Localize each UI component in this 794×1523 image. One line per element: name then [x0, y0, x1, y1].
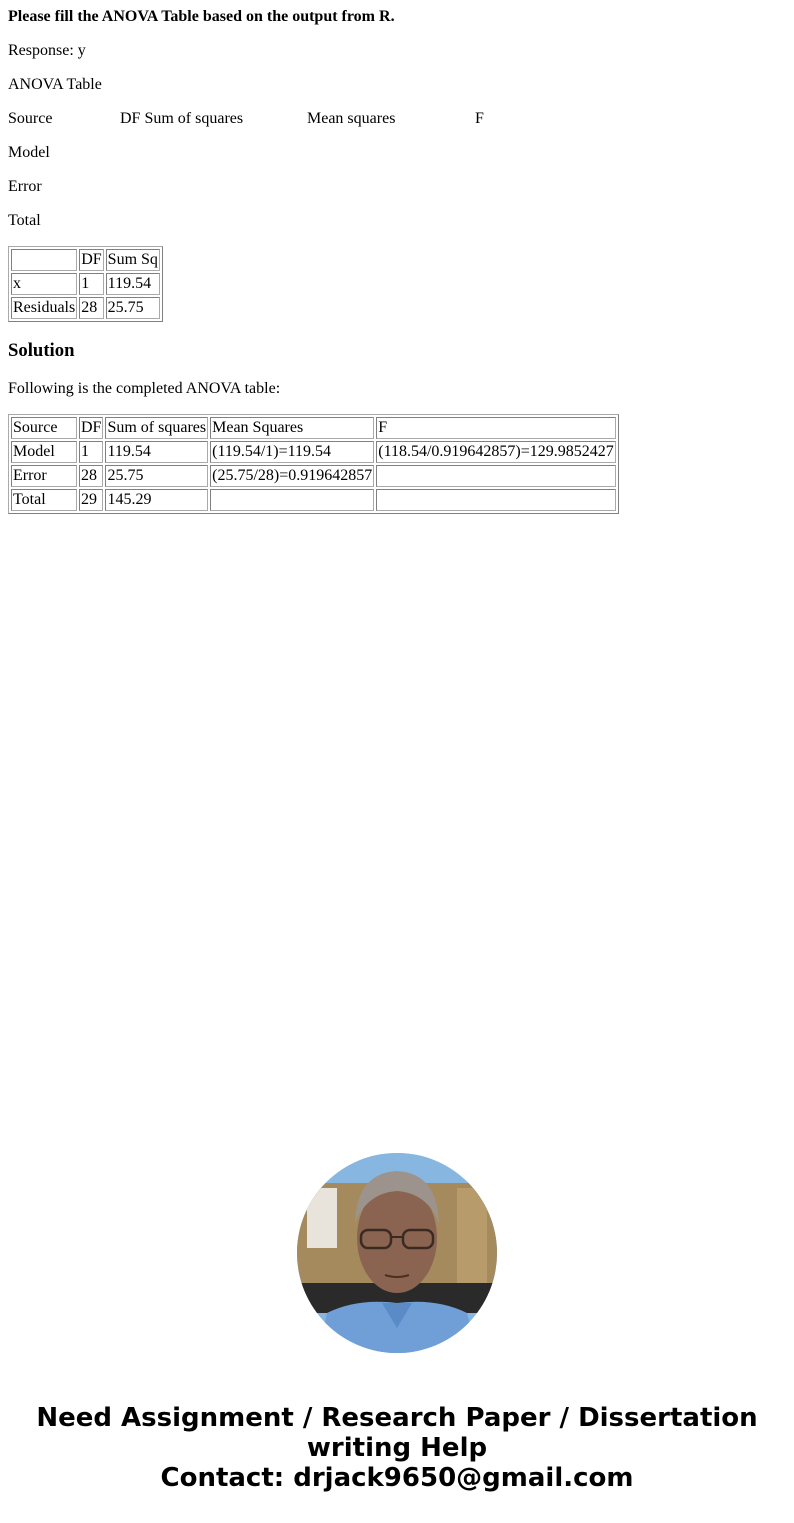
header-source: Source: [8, 110, 52, 128]
header-cell: Sum Sq: [106, 249, 160, 271]
table-cell: 29: [79, 489, 103, 511]
table-cell: 1: [79, 273, 103, 295]
header-cell: [11, 249, 77, 271]
table-row: Model 1 119.54 (119.54/1)=119.54 (118.54…: [11, 441, 616, 463]
table-header-row: DF Sum Sq: [11, 249, 160, 271]
header-cell: Mean Squares: [210, 417, 374, 439]
table-cell: 25.75: [106, 297, 160, 319]
anova-heading: ANOVA Table: [8, 76, 786, 94]
table-cell: [376, 465, 616, 487]
table-row: x 1 119.54: [11, 273, 160, 295]
row-label-model: Model: [8, 144, 786, 162]
completed-anova-table: Source DF Sum of squares Mean Squares F …: [8, 414, 619, 514]
person-portrait-icon: [297, 1153, 497, 1353]
table-cell: (119.54/1)=119.54: [210, 441, 374, 463]
author-avatar: [297, 1153, 497, 1353]
table-cell: (25.75/28)=0.919642857: [210, 465, 374, 487]
document-body: Please fill the ANOVA Table based on the…: [0, 8, 794, 514]
solution-heading: Solution: [8, 340, 786, 362]
header-cell: Source: [11, 417, 77, 439]
table-cell: 25.75: [105, 465, 208, 487]
header-cell: DF: [79, 249, 103, 271]
table-header-row: Source DF Sum of squares Mean Squares F: [11, 417, 616, 439]
table-cell: 119.54: [105, 441, 208, 463]
promo-line-1: Need Assignment / Research Paper / Disse…: [0, 1403, 794, 1433]
header-ms: Mean squares: [307, 110, 395, 128]
header-cell: Sum of squares: [105, 417, 208, 439]
table-cell: 28: [79, 297, 103, 319]
promo-line-2: writing Help: [0, 1433, 794, 1463]
header-cell: DF: [79, 417, 103, 439]
table-cell: 1: [79, 441, 103, 463]
table-cell: Residuals: [11, 297, 77, 319]
promo-footer: Need Assignment / Research Paper / Disse…: [0, 1403, 794, 1493]
table-row: Residuals 28 25.75: [11, 297, 160, 319]
table-row: Total 29 145.29: [11, 489, 616, 511]
header-f: F: [475, 110, 484, 128]
table-cell: 28: [79, 465, 103, 487]
table-cell: Error: [11, 465, 77, 487]
table-cell: Model: [11, 441, 77, 463]
table-cell: (118.54/0.919642857)=129.9852427: [376, 441, 616, 463]
header-df-ss: DF Sum of squares: [120, 110, 243, 128]
r-output-table: DF Sum Sq x 1 119.54 Residuals 28 25.75: [8, 246, 163, 322]
table-cell: [376, 489, 616, 511]
header-cell: F: [376, 417, 616, 439]
table-cell: Total: [11, 489, 77, 511]
row-label-error: Error: [8, 178, 786, 196]
table-cell: 145.29: [105, 489, 208, 511]
response-line: Response: y: [8, 42, 786, 60]
table-cell: x: [11, 273, 77, 295]
question-title: Please fill the ANOVA Table based on the…: [8, 8, 786, 26]
table-cell: [210, 489, 374, 511]
solution-intro: Following is the completed ANOVA table:: [8, 380, 786, 398]
row-label-total: Total: [8, 212, 786, 230]
anova-header-line: Source DF Sum of squares Mean squares F: [8, 110, 786, 128]
promo-contact: Contact: drjack9650@gmail.com: [0, 1463, 794, 1493]
table-cell: 119.54: [106, 273, 160, 295]
table-row: Error 28 25.75 (25.75/28)=0.919642857: [11, 465, 616, 487]
